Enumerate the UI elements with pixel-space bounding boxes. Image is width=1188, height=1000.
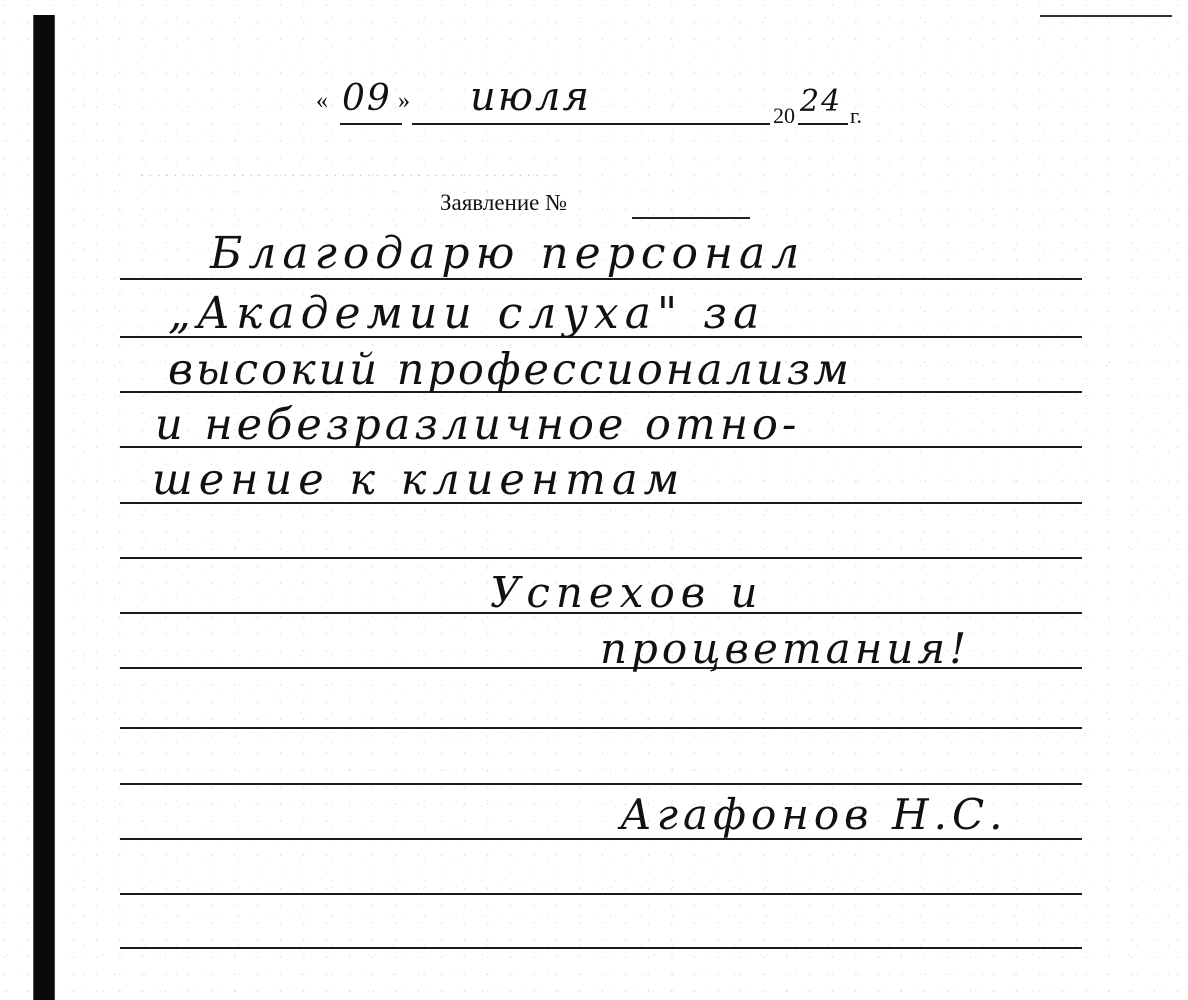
year-abbrev: г. bbox=[850, 103, 862, 129]
closing-line: процветания! bbox=[600, 624, 970, 673]
year-prefix: 20 bbox=[773, 103, 795, 129]
ruled-line bbox=[120, 557, 1082, 559]
ruled-line bbox=[120, 893, 1082, 895]
application-number-underline bbox=[632, 217, 750, 219]
body-line: „Академии слуха" за bbox=[168, 288, 765, 339]
date-month: июля bbox=[470, 74, 591, 120]
ruled-line bbox=[120, 947, 1082, 949]
body-line: и небезразличное отно- bbox=[155, 400, 800, 450]
binding-edge bbox=[34, 15, 54, 1000]
body-line: шение к клиентам bbox=[152, 455, 685, 505]
faded-print: · · · · · · · · · · · · · · · · · · · · … bbox=[140, 170, 557, 182]
document-title: Заявление № bbox=[440, 190, 567, 216]
ruled-line bbox=[120, 727, 1082, 729]
day-underline bbox=[340, 123, 402, 125]
signature: Агафонов Н.С. bbox=[620, 790, 1007, 839]
month-underline bbox=[412, 123, 770, 125]
body-line: Благодарю персонал bbox=[210, 228, 805, 279]
date-day: 09 bbox=[342, 78, 392, 119]
body-line: высокий профессионализм bbox=[168, 345, 852, 395]
ruled-line bbox=[120, 783, 1082, 785]
top-rule bbox=[1040, 15, 1172, 17]
date-close-quote: » bbox=[398, 88, 412, 115]
year-underline bbox=[798, 123, 848, 125]
date-open-quote: « bbox=[316, 88, 330, 115]
year-suffix: 24 bbox=[800, 84, 842, 119]
closing-line: Успехов и bbox=[490, 568, 764, 617]
